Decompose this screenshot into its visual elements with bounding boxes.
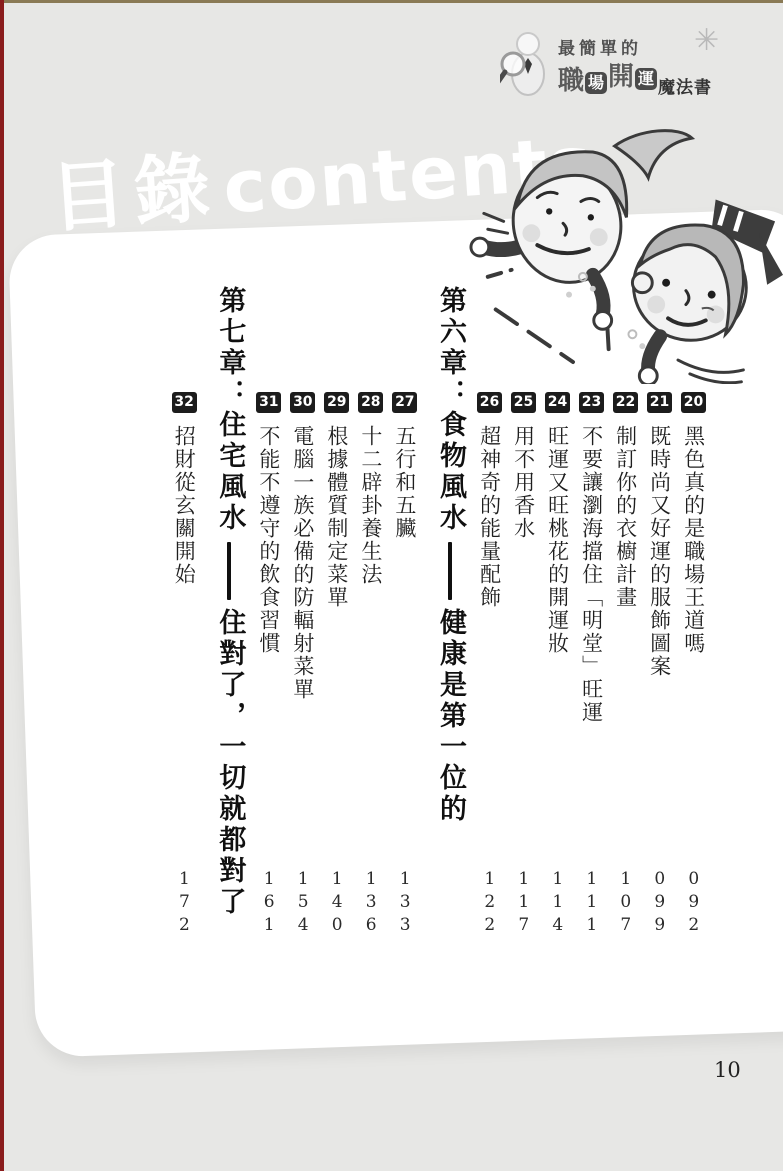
- entry-page-number: 133: [395, 869, 414, 938]
- logo-text: 最簡單的 ✳ 職 場 開 運 魔法書: [558, 34, 758, 91]
- entry-page-number: 117: [514, 869, 533, 938]
- page-title-cjk: 目錄: [47, 142, 221, 243]
- toc-entry: 26超神奇的能量配飾122: [477, 392, 502, 938]
- person-with-magnifier-icon: [500, 30, 552, 100]
- toc-entry: 30電腦一族必備的防輻射菜單154: [290, 392, 315, 938]
- entry-number-badge: 30: [290, 392, 315, 413]
- toc-entry: 21既時尚又好運的服飾圖案099: [647, 392, 672, 938]
- entry-title: 不能不遵守的飲食習慣: [257, 425, 281, 655]
- entry-title: 黑色真的是職場王道嗎: [681, 425, 705, 655]
- toc-entry: 31不能不遵守的飲食習慣161: [256, 392, 281, 938]
- entry-title: 根據體質制定菜單: [325, 425, 349, 609]
- entry-title: 電腦一族必備的防輻射菜單: [291, 425, 315, 701]
- toc-entry: 25用不用香水117: [511, 392, 536, 938]
- entry-title: 既時尚又好運的服飾圖案: [647, 425, 671, 678]
- entry-title: 用不用香水: [511, 425, 535, 540]
- left-edge-strip: [0, 0, 4, 1171]
- entry-page-number: 172: [175, 869, 194, 938]
- entry-page-number: 092: [684, 869, 703, 938]
- chapter-heading-text: 第七章：住宅風水: [215, 286, 245, 534]
- entry-number-badge: 27: [392, 392, 417, 413]
- flying-people-illustration: [466, 126, 783, 384]
- logo-word-1: 職: [558, 68, 584, 94]
- vertical-dash: [227, 542, 231, 600]
- toc-entry: 24旺運又旺桃花的開運妝114: [545, 392, 570, 938]
- starburst-icon: ✳: [694, 26, 719, 56]
- entry-page-number: 111: [582, 869, 601, 938]
- entry-number-badge: 26: [477, 392, 502, 413]
- chapter-heading-text: 住對了，一切就都對了: [215, 608, 245, 918]
- book-logo: 最簡單的 ✳ 職 場 開 運 魔法書: [500, 28, 760, 118]
- entry-number-badge: 21: [647, 392, 672, 413]
- entry-title: 招財從玄關開始: [172, 425, 196, 586]
- entry-page-number: 154: [293, 869, 312, 938]
- logo-title: 職 場 開 運 魔法書: [558, 65, 758, 91]
- toc-entry: 22制訂你的衣櫥計畫107: [613, 392, 638, 938]
- toc-entry: 32招財從玄關開始172: [172, 392, 197, 938]
- toc-entry: 23不要讓瀏海擋住「明堂」旺運111: [579, 392, 604, 938]
- entry-page-number: 107: [616, 869, 635, 938]
- entry-title: 十二辟卦養生法: [359, 425, 383, 586]
- vertical-dash: [448, 542, 452, 600]
- chapter-heading: 第七章：住宅風水住對了，一切就都對了: [215, 286, 245, 950]
- entry-number-badge: 22: [613, 392, 638, 413]
- entry-number-badge: 28: [358, 392, 383, 413]
- entry-page-number: 099: [650, 869, 669, 938]
- entry-page-number: 136: [361, 869, 380, 938]
- toc-entry: 29根據體質制定菜單140: [324, 392, 349, 938]
- entry-page-number: 140: [327, 869, 346, 938]
- entry-title: 不要讓瀏海擋住「明堂」旺運: [579, 425, 603, 724]
- entry-title: 旺運又旺桃花的開運妝: [545, 425, 569, 655]
- entry-number-badge: 29: [324, 392, 349, 413]
- entry-page-number: 114: [548, 869, 567, 938]
- toc-entry: 28十二辟卦養生法136: [358, 392, 383, 938]
- entry-page-number: 161: [259, 869, 278, 938]
- logo-tagline: 最簡單的: [558, 34, 758, 59]
- entry-title: 制訂你的衣櫥計畫: [613, 425, 637, 609]
- entry-number-badge: 23: [579, 392, 604, 413]
- page-number: 10: [714, 1058, 741, 1082]
- entry-page-number: 122: [480, 869, 499, 938]
- entry-title: 五行和五臟: [393, 425, 417, 540]
- entry-title: 超神奇的能量配飾: [477, 425, 501, 609]
- chapter-heading-text: 健康是第一位的: [435, 608, 465, 825]
- toc: 20黑色真的是職場王道嗎09221既時尚又好運的服飾圖案09922制訂你的衣櫥計…: [90, 286, 706, 950]
- chapter-heading-text: 第六章：食物風水: [435, 286, 465, 534]
- logo-suffix: 魔法書: [658, 73, 712, 98]
- top-edge-line: [0, 0, 783, 3]
- entry-number-badge: 24: [545, 392, 570, 413]
- toc-entry: 20黑色真的是職場王道嗎092: [681, 392, 706, 938]
- toc-entry: 27五行和五臟133: [392, 392, 417, 938]
- entry-number-badge: 20: [681, 392, 706, 413]
- entry-number-badge: 32: [172, 392, 197, 413]
- logo-badge-1: 場: [585, 72, 607, 94]
- chapter-heading: 第六章：食物風水健康是第一位的: [435, 286, 465, 950]
- entry-number-badge: 25: [511, 392, 536, 413]
- logo-word-2: 開: [608, 64, 634, 90]
- entry-number-badge: 31: [256, 392, 281, 413]
- logo-badge-2: 運: [635, 68, 657, 90]
